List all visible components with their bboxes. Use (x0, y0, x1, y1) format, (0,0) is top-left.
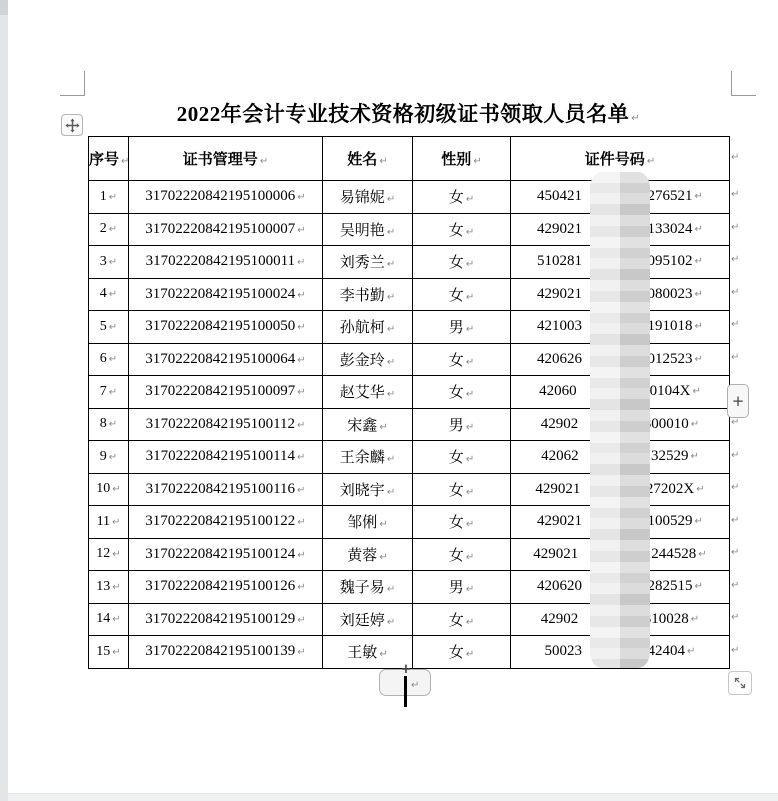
cell-cert-number[interactable]: 31702220842195100129↵ (129, 603, 323, 636)
end-of-row-mark: ↵ (731, 318, 739, 332)
cell-name[interactable]: 吴明艳↵ (323, 213, 413, 246)
cell-cert-number[interactable]: 31702220842195100006↵ (129, 181, 323, 214)
end-of-cell-mark: ↵ (109, 224, 117, 235)
end-of-row-mark: ↵ (731, 151, 739, 165)
end-of-cell-mark: ↵ (260, 156, 268, 167)
cell-index[interactable]: 3↵ (89, 246, 129, 279)
end-of-cell-mark: ↵ (297, 485, 305, 496)
end-of-cell-mark: ↵ (692, 386, 700, 397)
cell-cert-number[interactable]: 31702220842195100139↵ (129, 636, 323, 669)
end-of-cell-mark: ↵ (297, 615, 305, 626)
end-of-cell-mark: ↵ (109, 192, 117, 203)
cell-name[interactable]: 邹俐↵ (323, 506, 413, 539)
end-of-cell-mark: ↵ (691, 419, 699, 430)
end-of-cell-mark: ↵ (387, 357, 395, 368)
end-of-row-mark: ↵ (731, 416, 739, 430)
end-of-cell-mark: ↵ (466, 617, 474, 628)
end-of-cell-mark: ↵ (695, 289, 703, 300)
end-of-cell-mark: ↵ (112, 614, 120, 625)
cell-index[interactable]: 13↵ (89, 571, 129, 604)
cell-index[interactable]: 8↵ (89, 408, 129, 441)
end-of-row-mark: ↵ (731, 481, 739, 495)
cell-gender[interactable]: 女↵ (413, 506, 511, 539)
table-insert-button[interactable]: + (727, 384, 749, 418)
margin-crop-mark-top-right (731, 71, 756, 96)
bottom-edge-strip (8, 793, 778, 801)
end-of-row-mark: ↵ (731, 546, 739, 560)
cell-gender[interactable]: 男↵ (413, 408, 511, 441)
end-of-cell-mark: ↵ (379, 422, 387, 433)
end-of-cell-mark: ↵ (297, 322, 305, 333)
cell-gender[interactable]: 男↵ (413, 571, 511, 604)
end-of-cell-mark: ↵ (466, 487, 474, 498)
end-of-cell-mark: ↵ (387, 292, 395, 303)
end-of-cell-mark: ↵ (109, 419, 117, 430)
paragraph-mark: ↵ (411, 680, 419, 691)
end-of-row-mark: ↵ (731, 188, 739, 202)
end-of-cell-mark: ↵ (647, 156, 655, 167)
end-of-cell-mark: ↵ (466, 454, 474, 465)
end-of-cell-mark: ↵ (387, 617, 395, 628)
end-of-cell-mark: ↵ (466, 584, 474, 595)
header-cell-cert-number[interactable]: 证书管理号↵ (129, 137, 323, 181)
end-of-cell-mark: ↵ (297, 355, 305, 366)
table-resize-handle[interactable] (728, 671, 752, 695)
page-title[interactable]: 2022年会计专业技术资格初级证书领取人员名单↵ (88, 98, 729, 128)
cell-index[interactable]: 6↵ (89, 343, 129, 376)
end-of-cell-mark: ↵ (466, 389, 474, 400)
cell-index[interactable]: 15↵ (89, 636, 129, 669)
cell-index[interactable]: 9↵ (89, 441, 129, 474)
cell-gender[interactable]: 女↵ (413, 376, 511, 409)
end-of-cell-mark: ↵ (691, 614, 699, 625)
end-of-row-mark: ↵ (731, 644, 739, 658)
end-of-cell-mark: ↵ (297, 452, 305, 463)
plus-icon: + (732, 392, 745, 410)
cell-gender[interactable]: 女↵ (413, 213, 511, 246)
end-of-cell-mark: ↵ (109, 257, 117, 268)
end-of-cell-mark: ↵ (466, 649, 474, 660)
cell-name[interactable]: 彭金玲↵ (323, 343, 413, 376)
end-of-cell-mark: ↵ (297, 225, 305, 236)
end-of-cell-mark: ↵ (695, 516, 703, 527)
cell-cert-number[interactable]: 31702220842195100116↵ (129, 473, 323, 506)
left-edge-strip-top (0, 0, 8, 15)
end-of-cell-mark: ↵ (466, 519, 474, 530)
cell-cert-number[interactable]: 31702220842195100050↵ (129, 311, 323, 344)
cell-cert-number[interactable]: 31702220842195100122↵ (129, 506, 323, 539)
cell-cert-number[interactable]: 31702220842195100007↵ (129, 213, 323, 246)
end-of-cell-mark: ↵ (698, 549, 706, 560)
end-of-cell-mark: ↵ (387, 389, 395, 400)
end-of-cell-mark: ↵ (466, 357, 474, 368)
end-of-cell-mark: ↵ (112, 517, 120, 528)
privacy-blur-band (590, 172, 650, 668)
cell-gender[interactable]: 女↵ (413, 181, 511, 214)
cell-index[interactable]: 10↵ (89, 473, 129, 506)
end-of-cell-mark: ↵ (112, 549, 120, 560)
cell-cert-number[interactable]: 31702220842195100024↵ (129, 278, 323, 311)
cell-index[interactable]: 7↵ (89, 376, 129, 409)
cell-index[interactable]: 2↵ (89, 213, 129, 246)
end-of-cell-mark: ↵ (297, 647, 305, 658)
cell-gender[interactable]: 女↵ (413, 278, 511, 311)
end-of-row-mark: ↵ (731, 514, 739, 528)
cell-name[interactable]: 刘晓宇↵ (323, 473, 413, 506)
cell-cert-number[interactable]: 31702220842195100126↵ (129, 571, 323, 604)
end-of-cell-mark: ↵ (466, 324, 474, 335)
header-cell-gender[interactable]: 性别↵ (413, 137, 511, 181)
cell-name[interactable]: 魏子易↵ (323, 571, 413, 604)
end-of-cell-mark: ↵ (379, 649, 387, 660)
end-of-cell-mark: ↵ (387, 454, 395, 465)
end-of-row-mark: ↵ (731, 611, 739, 625)
end-of-cell-mark: ↵ (297, 582, 305, 593)
end-of-cell-mark: ↵ (695, 581, 703, 592)
end-of-cell-mark: ↵ (297, 387, 305, 398)
header-cell-name[interactable]: 姓名↵ (323, 137, 413, 181)
end-of-cell-mark: ↵ (297, 290, 305, 301)
cell-gender[interactable]: 女↵ (413, 246, 511, 279)
cell-name[interactable]: 李书勤↵ (323, 278, 413, 311)
end-of-cell-mark: ↵ (695, 224, 703, 235)
move-arrows-icon (65, 118, 80, 133)
end-of-cell-mark: ↵ (109, 322, 117, 333)
end-of-row-mark: ↵ (731, 221, 739, 235)
cell-cert-number[interactable]: 31702220842195100097↵ (129, 376, 323, 409)
diagonal-resize-icon (733, 676, 747, 690)
paragraph-mark: ↵ (631, 113, 640, 124)
cell-name[interactable]: 赵艾华↵ (323, 376, 413, 409)
end-of-cell-mark: ↵ (379, 519, 387, 530)
end-of-cell-mark: ↵ (387, 227, 395, 238)
cell-name[interactable]: 黄蓉↵ (323, 538, 413, 571)
cell-index[interactable]: 11↵ (89, 506, 129, 539)
cell-gender[interactable]: 女↵ (413, 473, 511, 506)
end-of-cell-mark: ↵ (112, 484, 120, 495)
cell-index[interactable]: 12↵ (89, 538, 129, 571)
end-of-cell-mark: ↵ (387, 194, 395, 205)
cell-name[interactable]: 刘廷婷↵ (323, 603, 413, 636)
end-of-cell-mark: ↵ (109, 354, 117, 365)
end-of-cell-mark: ↵ (691, 451, 699, 462)
end-of-cell-mark: ↵ (466, 194, 474, 205)
end-of-cell-mark: ↵ (109, 289, 117, 300)
end-of-row-mark: ↵ (731, 253, 739, 267)
end-of-cell-mark: ↵ (109, 387, 117, 398)
cell-cert-number[interactable]: 31702220842195100011↵ (129, 246, 323, 279)
end-of-cell-mark: ↵ (696, 484, 704, 495)
cell-cert-number[interactable]: 31702220842195100112↵ (129, 408, 323, 441)
page-title-text: 2022年会计专业技术资格初级证书领取人员名单 (177, 102, 630, 126)
word-document-canvas: { "document": { "title": "2022年会计专业技术资格初… (0, 0, 778, 801)
end-of-row-mark: ↵ (731, 579, 739, 593)
end-of-cell-mark: ↵ (387, 259, 395, 270)
end-of-cell-mark: ↵ (297, 420, 305, 431)
end-of-row-mark: ↵ (731, 286, 739, 300)
cell-gender[interactable]: 男↵ (413, 311, 511, 344)
header-cell-index[interactable]: 序号↵ (89, 137, 129, 181)
end-of-row-mark: ↵ (731, 449, 739, 463)
cell-name[interactable]: 易锦妮↵ (323, 181, 413, 214)
cell-gender[interactable]: 女↵ (413, 636, 511, 669)
end-of-cell-mark: ↵ (379, 156, 387, 167)
end-of-cell-mark: ↵ (297, 192, 305, 203)
cell-name[interactable]: 王余麟↵ (323, 441, 413, 474)
end-of-cell-mark: ↵ (695, 354, 703, 365)
cell-index[interactable]: 14↵ (89, 603, 129, 636)
cell-gender[interactable]: 女↵ (413, 343, 511, 376)
cell-name[interactable]: 宋鑫↵ (323, 408, 413, 441)
cell-cert-number[interactable]: 31702220842195100124↵ (129, 538, 323, 571)
end-of-cell-mark: ↵ (466, 292, 474, 303)
end-of-cell-mark: ↵ (109, 452, 117, 463)
cell-cert-number[interactable]: 31702220842195100064↵ (129, 343, 323, 376)
end-of-cell-mark: ↵ (473, 156, 481, 167)
end-of-cell-mark: ↵ (466, 422, 474, 433)
end-of-cell-mark: ↵ (297, 517, 305, 528)
end-of-cell-mark: ↵ (297, 257, 305, 268)
end-of-cell-mark: ↵ (379, 552, 387, 563)
table-move-handle[interactable] (61, 114, 83, 136)
margin-crop-mark-top-left (60, 71, 85, 96)
end-of-cell-mark: ↵ (695, 321, 703, 332)
end-of-cell-mark: ↵ (466, 552, 474, 563)
cell-gender[interactable]: 女↵ (413, 538, 511, 571)
end-of-row-mark: ↵ (731, 351, 739, 365)
end-of-cell-mark: ↵ (297, 550, 305, 561)
cell-name[interactable]: 孙航柯↵ (323, 311, 413, 344)
end-of-cell-mark: ↵ (112, 582, 120, 593)
end-of-cell-mark: ↵ (112, 647, 120, 658)
cell-name[interactable]: 刘秀兰↵ (323, 246, 413, 279)
end-of-cell-mark: ↵ (695, 191, 703, 202)
cell-gender[interactable]: 女↵ (413, 603, 511, 636)
text-caret (404, 676, 407, 707)
end-of-cell-mark: ↵ (466, 227, 474, 238)
cell-index[interactable]: 4↵ (89, 278, 129, 311)
cell-index[interactable]: 5↵ (89, 311, 129, 344)
end-of-cell-mark: ↵ (121, 156, 128, 167)
end-of-cell-mark: ↵ (466, 259, 474, 270)
end-of-cell-mark: ↵ (695, 256, 703, 267)
end-of-cell-mark: ↵ (387, 584, 395, 595)
end-of-cell-mark: ↵ (387, 487, 395, 498)
end-of-cell-mark: ↵ (387, 324, 395, 335)
left-edge-strip (0, 0, 8, 801)
cell-gender[interactable]: 女↵ (413, 441, 511, 474)
cell-cert-number[interactable]: 31702220842195100114↵ (129, 441, 323, 474)
end-of-cell-mark: ↵ (687, 646, 695, 657)
cell-index[interactable]: 1↵ (89, 181, 129, 214)
